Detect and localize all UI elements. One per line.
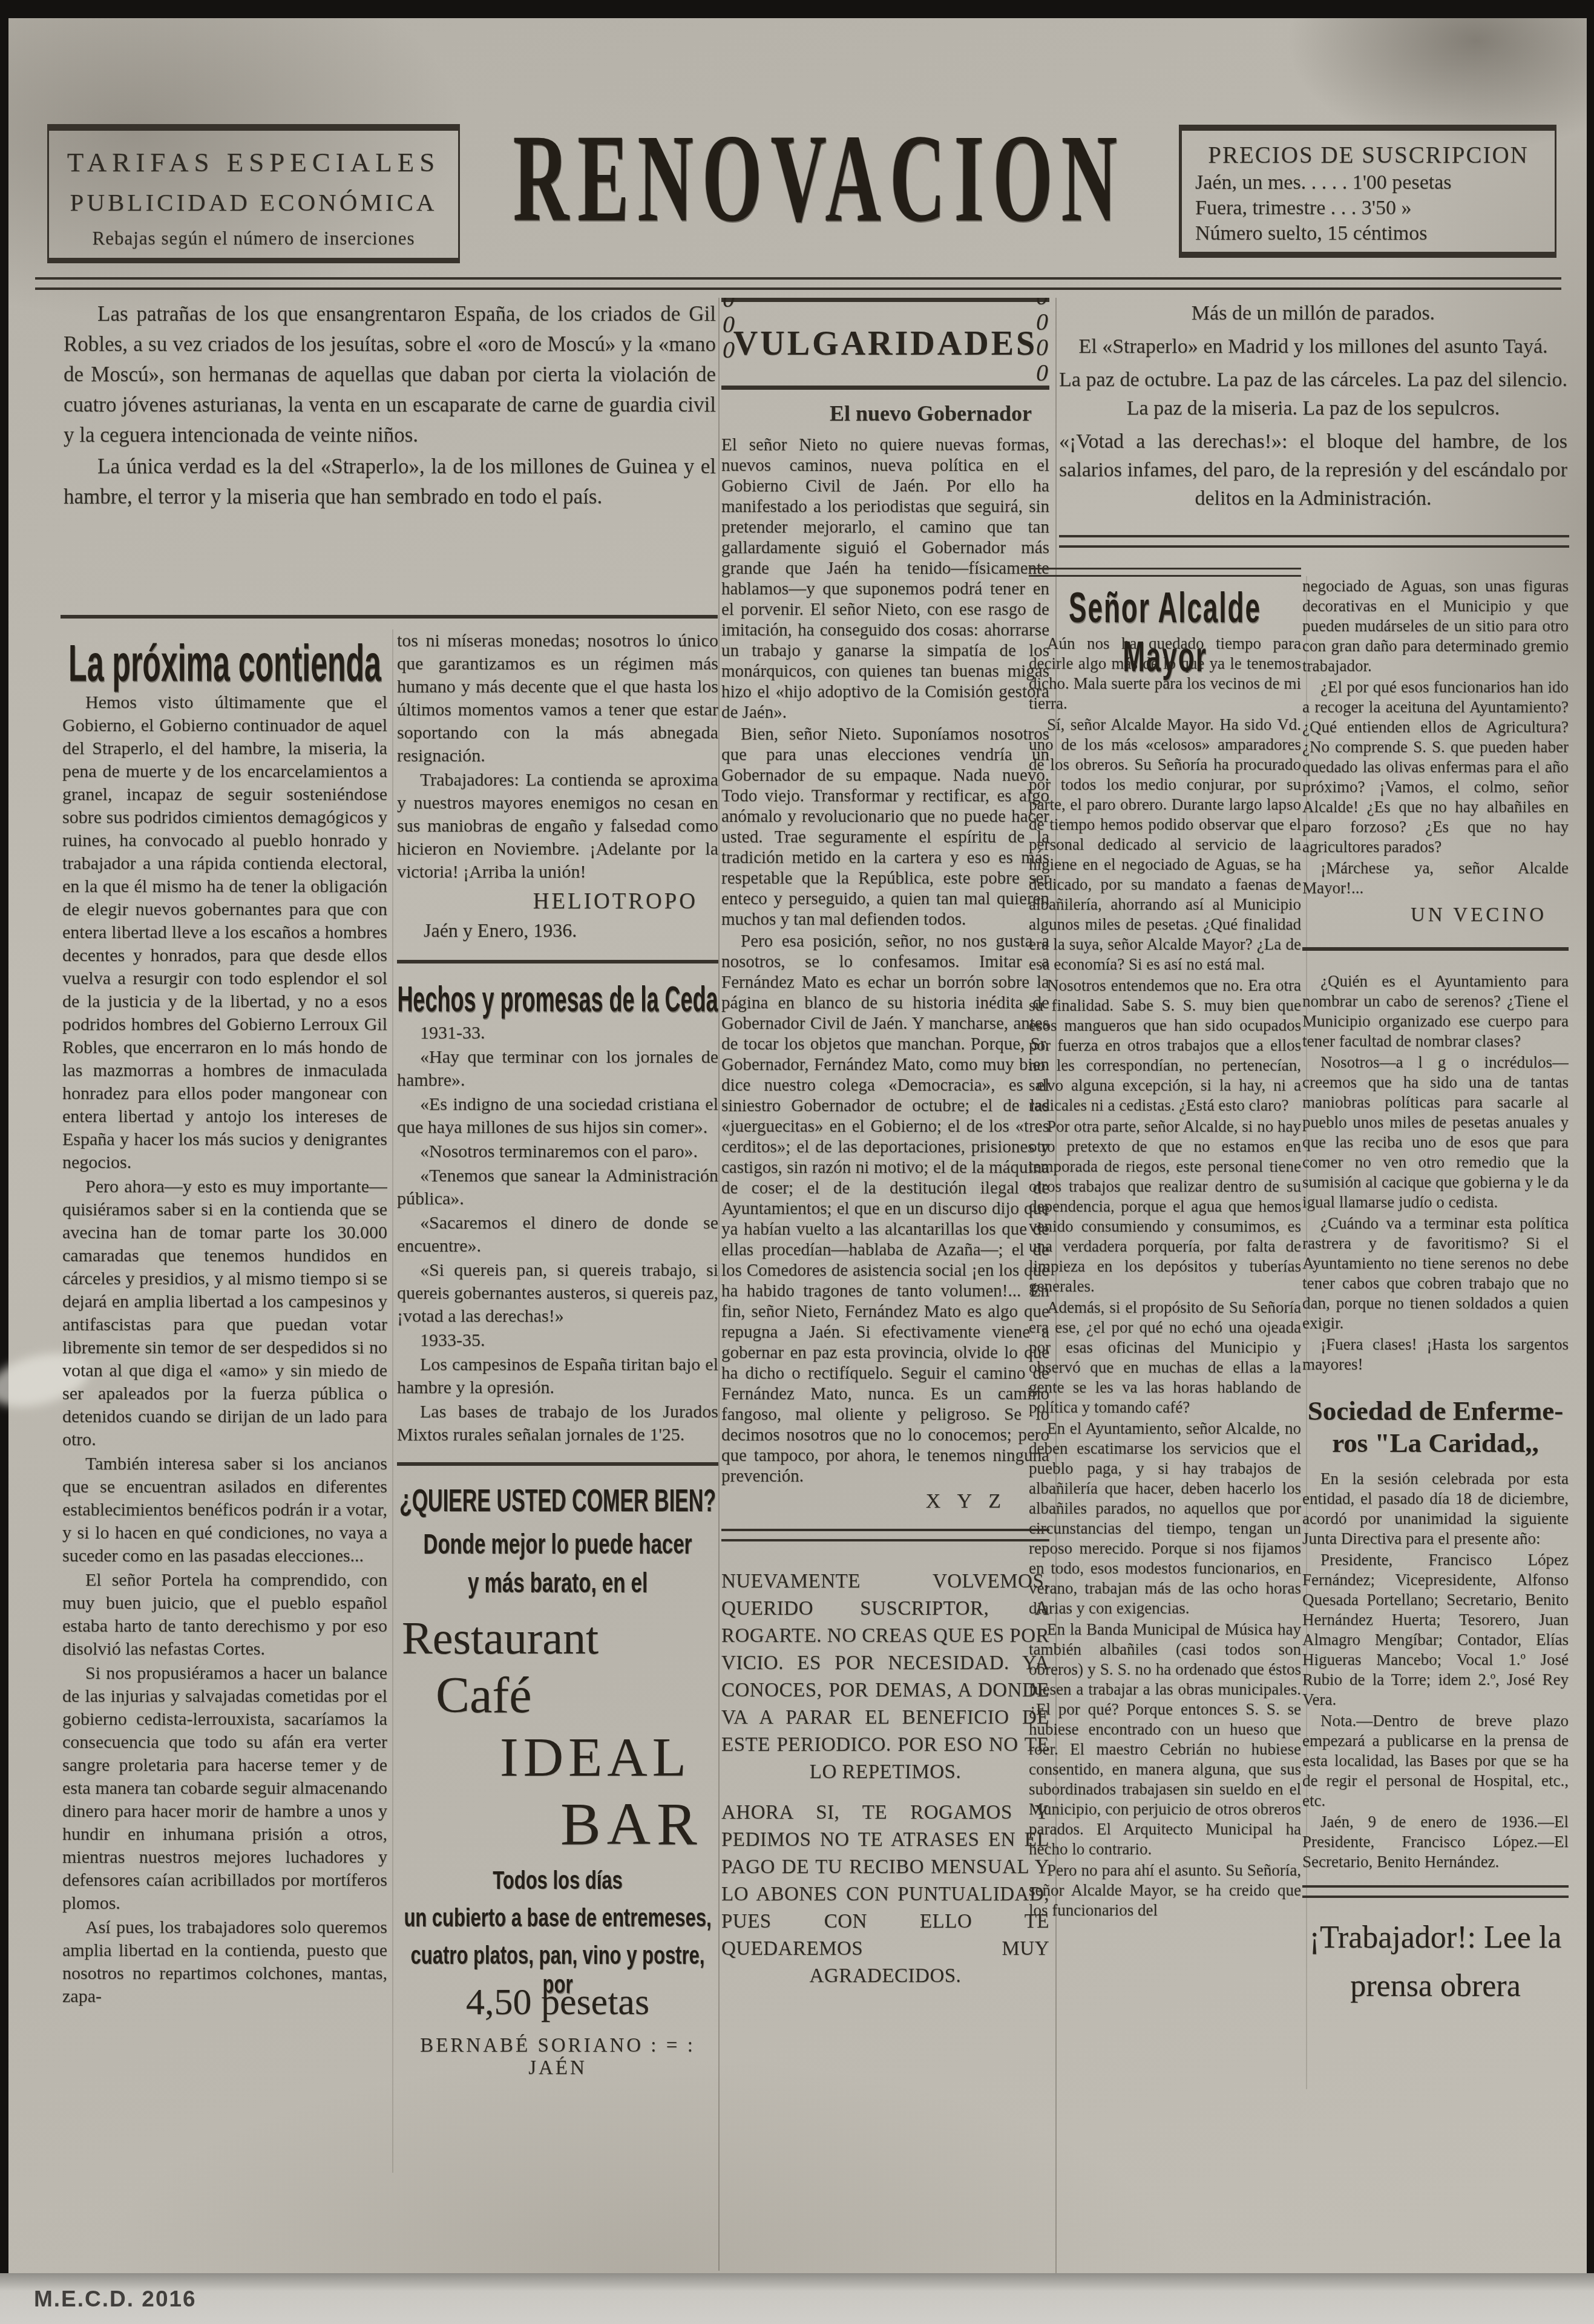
subscription-line-2: Fuera, trimestre . . . 3'50 »	[1195, 197, 1555, 220]
paragraph: «Tenemos que sanear la Administración pú…	[397, 1164, 718, 1210]
paragraph: tos ni míseras monedas; nosotros lo únic…	[397, 629, 718, 767]
paragraph: 0	[723, 312, 735, 337]
paragraph: Más de un millón de parados.	[1059, 299, 1567, 327]
paragraph: Sí, señor Alcalde Mayor. Ha sido Vd. uno…	[1029, 715, 1301, 974]
paragraph: «Hay que terminar con los jornales de ha…	[397, 1046, 718, 1092]
paragraph: Por otra parte, señor Alcalde, si no hay…	[1029, 1117, 1301, 1296]
banner-trabajador: ¡Trabajador!: Lee la prensa obrera	[1302, 1914, 1569, 2011]
headline-hechos-ceda: Hechos y promesas de la Ceda	[397, 979, 718, 1022]
paragraph: Además, si el propósito de Su Señoría er…	[1029, 1298, 1301, 1417]
article-sociedad-caridad: En la sesión celebrada por esta entidad,…	[1302, 1469, 1569, 1872]
newspaper-scan: TARIFAS ESPECIALES PUBLICIDAD ECONÓMICA …	[0, 0, 1594, 2324]
headline-line-2: ros "La Caridad,,	[1302, 1427, 1569, 1459]
paragraph: Presidente, Francisco López Fernández; V…	[1302, 1550, 1569, 1710]
subscription-title: PRECIOS DE SUSCRIPCION	[1182, 142, 1555, 169]
paragraph: Trabajadores: La contienda se aproxima y…	[397, 769, 718, 884]
paragraph: Las patrañas de los que ensangrentaron E…	[64, 299, 716, 450]
paragraph: 0	[1036, 360, 1048, 386]
paragraph: Nosotros—a l g o incrédulos—creemos que …	[1302, 1052, 1569, 1212]
paragraph: Hemos visto últimamente que el Gobierno,…	[62, 691, 387, 1174]
subhead-nuevo-gobernador: El nuevo Gobernador	[721, 401, 1049, 426]
paragraph: «¡Votad a las derechas!»: el bloque del …	[1059, 427, 1567, 513]
paragraph: ¿El por qué esos funcionarios han ido a …	[1302, 677, 1569, 857]
paragraph: 1933-35.	[397, 1329, 718, 1352]
column-4: Señor Alcalde Mayor Aún nos ha quedado t…	[1029, 568, 1301, 2276]
paragraph: También interesa saber si los ancianos q…	[62, 1452, 387, 1567]
article-hechos-ceda: 1931-33.«Hay que terminar con los jornal…	[397, 1022, 718, 1446]
paragraph: Los campesinos de España tiritan bajo el…	[397, 1353, 718, 1399]
article-proxima-contienda: Hemos visto últimamente que el Gobierno,…	[62, 691, 387, 2008]
tariff-line-3: Rebajas según el número de inserciones	[49, 228, 458, 249]
article-vulgaridades: El señor Nieto no quiere nuevas formas, …	[721, 435, 1049, 1486]
scan-bottom-strip	[0, 2273, 1594, 2324]
paragraph: negociado de Aguas, son unas figuras dec…	[1302, 576, 1569, 676]
article-contienda-continuation: tos ni míseras monedas; nosotros lo únic…	[397, 629, 718, 884]
divider	[721, 1529, 1049, 1541]
paragraph: «Si quereis pan, si quereis trabajo, si …	[397, 1259, 718, 1328]
tariff-line-2: PUBLICIDAD ECONÓMICA	[49, 188, 458, 217]
lead-article-left: Las patrañas de los que ensangrentaron E…	[64, 299, 716, 614]
tariff-line-1: TARIFAS ESPECIALES	[49, 146, 458, 178]
paragraph: Las bases de trabajo de los Jurados Mixt…	[397, 1400, 718, 1446]
paragraph: ¿Cuándo va a terminar esta política rast…	[1302, 1213, 1569, 1333]
paragraph: «Sacaremos el dinero de donde se encuent…	[397, 1212, 718, 1258]
paragraph: ¡Márchese ya, señor Alcalde Mayor!...	[1302, 858, 1569, 898]
section-title-vulgaridades: VULGARIDADES	[733, 324, 1037, 363]
ad-subline-2-text: y más barato, en el	[468, 1566, 648, 1599]
ad-name-ideal: IDEAL	[397, 1725, 718, 1789]
paragraph: La paz de octubre. La paz de las cárcele…	[1059, 366, 1567, 422]
lead-article-right: Más de un millón de parados.El «Straperl…	[1059, 299, 1567, 534]
archive-stamp: M.E.C.D. 2016	[34, 2286, 197, 2312]
paragraph: ¿Quién es el Ayuntamiento para nombrar u…	[1302, 971, 1569, 1051]
masthead: RENOVACION	[465, 107, 1174, 258]
divider	[397, 1462, 718, 1466]
paragraph: Nota.—Dentro de breve plazo empezará a p…	[1302, 1711, 1569, 1811]
paragraph: NUEVAMENTE VOLVEMOS, QUERIDO SUSCRIPTOR,…	[721, 1568, 1049, 1786]
paragraph: La única verdad es la del «Straperlo», l…	[64, 451, 716, 512]
ad-subline-1: Donde mejor lo puede hacer	[397, 1528, 718, 1560]
ornament-zeros-right: 0000	[1036, 298, 1048, 386]
header-rule	[35, 277, 1561, 290]
ad-name-bar: BAR	[397, 1789, 718, 1859]
column-rule	[718, 298, 720, 2271]
paragraph: Bien, señor Nieto. Suponíamos nosotros q…	[721, 724, 1049, 930]
author-signature-un-vecino: UN VECINO	[1302, 904, 1569, 927]
ad-headline: ¿QUIERE USTED COMER BIEN?	[397, 1483, 718, 1521]
subscription-line-3: Número suelto, 15 céntimos	[1195, 222, 1555, 245]
paragraph: «Nosotros terminaremos con el paro».	[397, 1140, 718, 1163]
ad-headline-text: ¿QUIERE USTED COMER BIEN?	[399, 1483, 716, 1519]
article-alcalde-mayor: Aún nos ha quedado tiempo para decirle a…	[1029, 634, 1301, 1920]
ad-detail-1-text: Todos los días	[493, 1866, 623, 1896]
paragraph: El «Straperlo» en Madrid y los millones …	[1059, 332, 1567, 361]
paragraph: Si nos propusiéramos a hacer un balance …	[62, 1662, 387, 1915]
ad-subline-2: y más barato, en el	[397, 1566, 718, 1599]
paragraph: Jaén, 9 de enero de 1936.—El Presidente,…	[1302, 1812, 1569, 1872]
column-rule	[392, 629, 393, 2173]
paragraph: El señor Nieto no quiere nuevas formas, …	[721, 435, 1049, 723]
ad-detail-3: cuatro platos, pan, vino y postre, por	[397, 1941, 718, 1971]
tariff-box: TARIFAS ESPECIALES PUBLICIDAD ECONÓMICA …	[47, 124, 460, 263]
paragraph: El señor Portela ha comprendido, con muy…	[62, 1569, 387, 1661]
columns-top-rule	[61, 615, 718, 619]
dateline: Jaén y Enero, 1936.	[397, 919, 718, 942]
article-alcalde-continuation: negociado de Aguas, son unas figuras dec…	[1302, 576, 1569, 898]
ad-detail-2: un cubierto a base de entremeses,	[397, 1903, 718, 1934]
paragraph: En la Banda Municipal de Música hay tamb…	[1029, 1620, 1301, 1859]
headline-alcalde-mayor: Señor Alcalde Mayor	[1029, 584, 1301, 634]
ad-footer: BERNABÉ SORIANO : = : JAÉN	[397, 2035, 718, 2079]
ad-detail-2-text: un cubierto a base de entremeses,	[404, 1903, 711, 1933]
headline-proxima-contienda: La próxima contienda	[62, 633, 387, 691]
column-3: 000 VULGARIDADES 0000 El nuevo Gobernado…	[721, 298, 1049, 2276]
paragraph: Así pues, los trabajadores solo queremos…	[62, 1916, 387, 2008]
subscriber-notice: NUEVAMENTE VOLVEMOS, QUERIDO SUSCRIPTOR,…	[721, 1568, 1049, 1990]
divider	[1302, 1885, 1569, 1898]
lead-right-rule	[1059, 535, 1569, 548]
paragraph: En el Ayuntamiento, señor Alcalde, no de…	[1029, 1419, 1301, 1618]
headline-text: La próxima contienda	[68, 633, 381, 694]
paragraph: Pero no para ahí el asunto. Su Señoría, …	[1029, 1860, 1301, 1920]
paragraph: ¡Fuera clases! ¡Hasta los sargentos mayo…	[1302, 1334, 1569, 1374]
ad-detail-3-text: cuatro platos, pan, vino y postre, por	[397, 1941, 718, 2000]
divider	[1302, 947, 1569, 951]
paragraph: 1931-33.	[397, 1022, 718, 1045]
subscription-line-1: Jaén, un mes. . . . . 1'00 pesetas	[1195, 171, 1555, 194]
article-cabo-serenos: ¿Quién es el Ayuntamiento para nombrar u…	[1302, 971, 1569, 1374]
masthead-title: RENOVACION	[513, 107, 1126, 251]
ad-name-restaurant: Restaurant	[397, 1612, 718, 1665]
headline-sociedad-caridad: Sociedad de Enferme- ros "La Caridad,,	[1302, 1395, 1569, 1459]
ad-subline-1-text: Donde mejor lo puede hacer	[424, 1528, 692, 1560]
paragraph: 0	[1036, 335, 1048, 360]
column-2: tos ni míseras monedas; nosotros lo únic…	[397, 629, 718, 2276]
author-signature-xyz: X Y Z	[721, 1490, 1049, 1513]
ad-detail-1: Todos los días	[397, 1866, 718, 1896]
vulgaridades-box: 000 VULGARIDADES 0000	[721, 298, 1049, 390]
headline-text: Señor Alcalde Mayor	[1029, 584, 1301, 682]
ad-name-cafe: Café	[397, 1666, 718, 1725]
paragraph: Pero esa posición, señor, no nos gusta a…	[721, 931, 1049, 1486]
headline-text: Hechos y promesas de la Ceda	[397, 979, 718, 1020]
column-1: La próxima contienda Hemos visto últimam…	[62, 633, 387, 2182]
paragraph: En la sesión celebrada por esta entidad,…	[1302, 1469, 1569, 1549]
paragraph: «Es indigno de una sociedad cristiana el…	[397, 1093, 718, 1139]
column-5: negociado de Aguas, son unas figuras dec…	[1302, 576, 1569, 2273]
subscription-box: PRECIOS DE SUSCRIPCION Jaén, un mes. . .…	[1179, 125, 1556, 258]
divider	[1029, 568, 1301, 577]
paragraph: Pero ahora—y esto es muy importante—quis…	[62, 1175, 387, 1451]
paragraph: Nosotros entendemos que no. Era otra su …	[1029, 976, 1301, 1115]
paragraph: 0	[723, 298, 735, 312]
headline-line-1: Sociedad de Enferme-	[1302, 1395, 1569, 1427]
paragraph: 0	[1036, 309, 1048, 335]
author-signature-heliotropo: HELIOTROPO	[397, 888, 718, 914]
paragraph: 0	[723, 337, 735, 363]
divider	[397, 960, 718, 963]
ad-ideal-bar: ¿QUIERE USTED COMER BIEN? Donde mejor lo…	[397, 1483, 718, 2079]
paragraph: AHORA SI, TE ROGAMOS Y PEDIMOS NO TE ATR…	[721, 1799, 1049, 1990]
ornament-zeros-left: 000	[723, 298, 735, 363]
